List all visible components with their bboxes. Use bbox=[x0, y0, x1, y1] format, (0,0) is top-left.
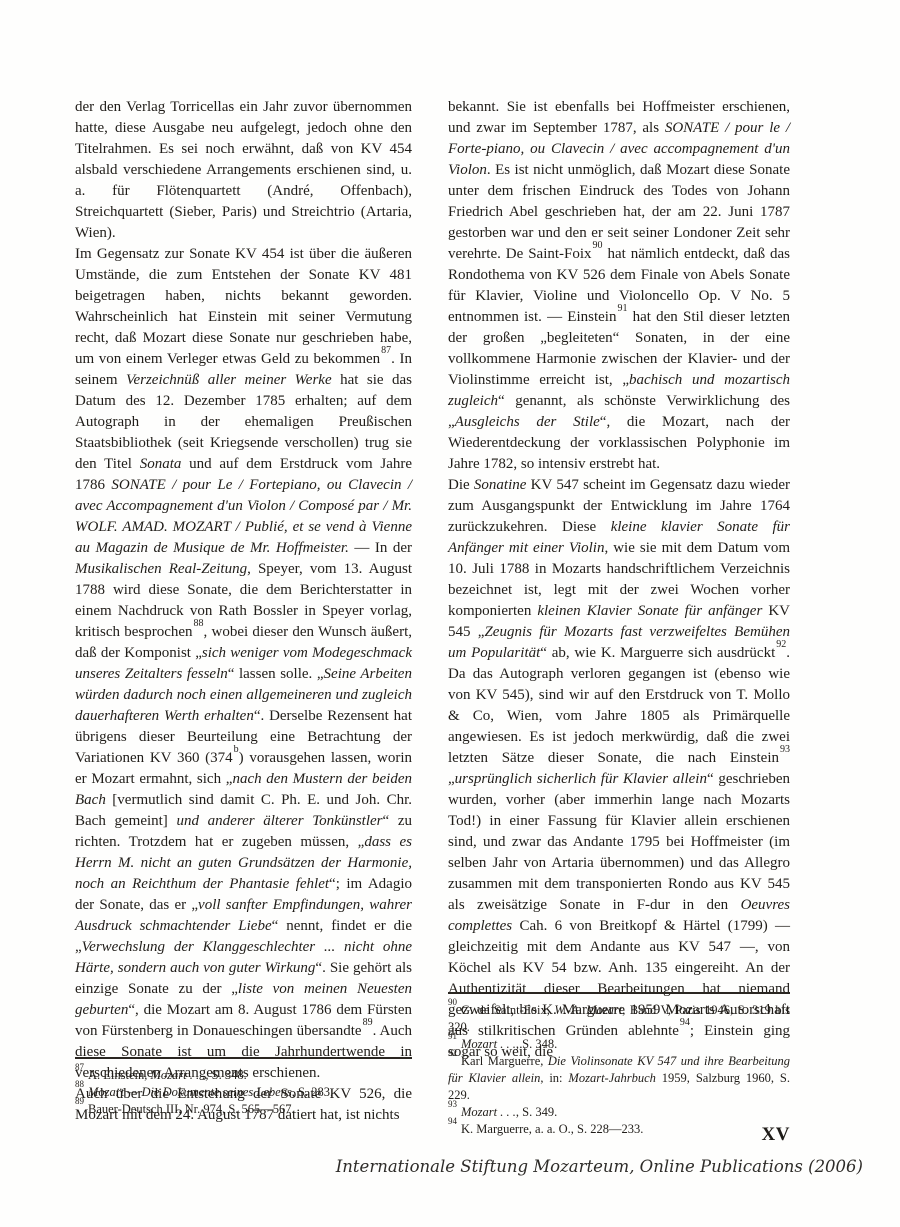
text-run: A. Einstein, bbox=[88, 1068, 151, 1082]
italic-text: Mozart . . . bbox=[151, 1068, 206, 1082]
text-run: “ ab, wie K. Marguerre sich ausdrückt bbox=[540, 645, 775, 661]
italic-text: W.-A. Mozart bbox=[554, 1003, 622, 1017]
footnote-block-left: 87A. Einstein, Mozart . . ., S. 348.88Mo… bbox=[75, 1057, 412, 1118]
text-run: , S. 283. bbox=[292, 1085, 333, 1099]
footnote-number: 92 bbox=[448, 1048, 457, 1058]
italic-text: Mozart . . . bbox=[461, 1037, 516, 1051]
footnote-rule bbox=[448, 992, 790, 994]
text-run: Die bbox=[448, 477, 474, 493]
footnote: 92Karl Marguerre, Die Violinsonate KV 54… bbox=[448, 1053, 790, 1104]
text-run: “ lassen solle. „ bbox=[228, 666, 324, 682]
footnote-marker: 89 bbox=[363, 1017, 373, 1028]
italic-text: Mozart-Jahrbuch bbox=[568, 1071, 656, 1085]
page-number: XV bbox=[448, 1124, 790, 1146]
italic-text: Verzeichnüß aller meiner Werke bbox=[126, 372, 332, 388]
italic-text: und anderer älterer Tonkünstler bbox=[176, 813, 382, 829]
footnote-marker: 92 bbox=[776, 639, 786, 650]
text-run: , S. 348. bbox=[516, 1037, 557, 1051]
footnote: 89Bauer-Deutsch III, Nr. 974, S. 565—567… bbox=[75, 1101, 412, 1118]
footnote: 87A. Einstein, Mozart . . ., S. 348. bbox=[75, 1067, 412, 1084]
footnote-rule bbox=[75, 1057, 412, 1059]
text-run: , in: bbox=[540, 1071, 568, 1085]
italic-text: Sonatine bbox=[474, 477, 527, 493]
text-run: G. de Saint-Foix, bbox=[461, 1003, 554, 1017]
footer-credit: Internationale Stiftung Mozarteum, Onlin… bbox=[336, 1157, 863, 1176]
text-run: — In der bbox=[349, 540, 412, 556]
footnote-marker: b bbox=[234, 744, 239, 755]
italic-text: Musikalischen Real-Zeitung bbox=[75, 561, 247, 577]
paragraph: der den Verlag Torricellas ein Jahr zuvo… bbox=[75, 97, 412, 244]
italic-text: Ausgleichs der Stile bbox=[455, 414, 600, 430]
text-run: Im Gegensatz zur Sonate KV 454 ist über … bbox=[75, 246, 412, 367]
text-run: „ bbox=[448, 771, 455, 787]
footnote-marker: 90 bbox=[593, 240, 603, 251]
italic-text: Sonata bbox=[140, 456, 182, 472]
footnote-marker: 88 bbox=[194, 618, 204, 629]
footnote-marker: 91 bbox=[617, 303, 627, 314]
footnote-marker: 87 bbox=[381, 345, 391, 356]
text-column-right: bekannt. Sie ist ebenfalls bei Hoffmeist… bbox=[448, 97, 790, 1177]
footnotes-left: 87A. Einstein, Mozart . . ., S. 348.88Mo… bbox=[75, 1067, 412, 1118]
text-run: Karl Marguerre, bbox=[461, 1054, 548, 1068]
paragraph: Im Gegensatz zur Sonate KV 454 ist über … bbox=[75, 244, 412, 1084]
footnote: 88Mozart — Die Dokumente seines Lebens, … bbox=[75, 1084, 412, 1101]
footnote-marker: 93 bbox=[780, 744, 790, 755]
italic-text: ursprünglich sicherlich für Klavier alle… bbox=[455, 771, 707, 787]
footnote: 90G. de Saint-Foix, W.-A. Mozart, Band V… bbox=[448, 1002, 790, 1036]
body-text-left: der den Verlag Torricellas ein Jahr zuvo… bbox=[75, 97, 412, 1126]
footnote-number: 87 bbox=[75, 1062, 84, 1072]
italic-text: kleinen Klavier Sonate für anfänger bbox=[537, 603, 762, 619]
text-column-left: der den Verlag Torricellas ein Jahr zuvo… bbox=[75, 97, 412, 1177]
text-run: , S. 348. bbox=[205, 1068, 246, 1082]
italic-text: Mozart — Die Dokumente seines Lebens bbox=[88, 1085, 292, 1099]
footnote-number: 88 bbox=[75, 1079, 84, 1089]
text-run: Bauer-Deutsch III, Nr. 974, S. 565—567. bbox=[88, 1102, 295, 1116]
footnote-number: 89 bbox=[75, 1096, 84, 1106]
paragraph: bekannt. Sie ist ebenfalls bei Hoffmeist… bbox=[448, 97, 790, 475]
footnote: 93Mozart . . ., S. 349. bbox=[448, 1104, 790, 1121]
footnote: 91Mozart . . ., S. 348. bbox=[448, 1036, 790, 1053]
text-run: “ geschrieben wurden, vorher (aber immer… bbox=[448, 771, 790, 913]
body-text-right: bekannt. Sie ist ebenfalls bei Hoffmeist… bbox=[448, 97, 790, 1063]
footnote-number: 93 bbox=[448, 1099, 457, 1109]
text-run: , S. 349. bbox=[516, 1105, 557, 1119]
document-page: der den Verlag Torricellas ein Jahr zuvo… bbox=[0, 0, 900, 1227]
italic-text: Mozart . . . bbox=[461, 1105, 516, 1119]
footnotes-right: 90G. de Saint-Foix, W.-A. Mozart, Band V… bbox=[448, 1002, 790, 1138]
paragraph: Die Sonatine KV 547 scheint im Gegensatz… bbox=[448, 475, 790, 1063]
footnote-number: 90 bbox=[448, 997, 457, 1007]
text-run: der den Verlag Torricellas ein Jahr zuvo… bbox=[75, 99, 412, 241]
footnote-block-right: 90G. de Saint-Foix, W.-A. Mozart, Band V… bbox=[448, 992, 790, 1138]
footnote-number: 91 bbox=[448, 1031, 457, 1041]
text-run: . Da das Autograph verloren gegangen ist… bbox=[448, 645, 790, 766]
